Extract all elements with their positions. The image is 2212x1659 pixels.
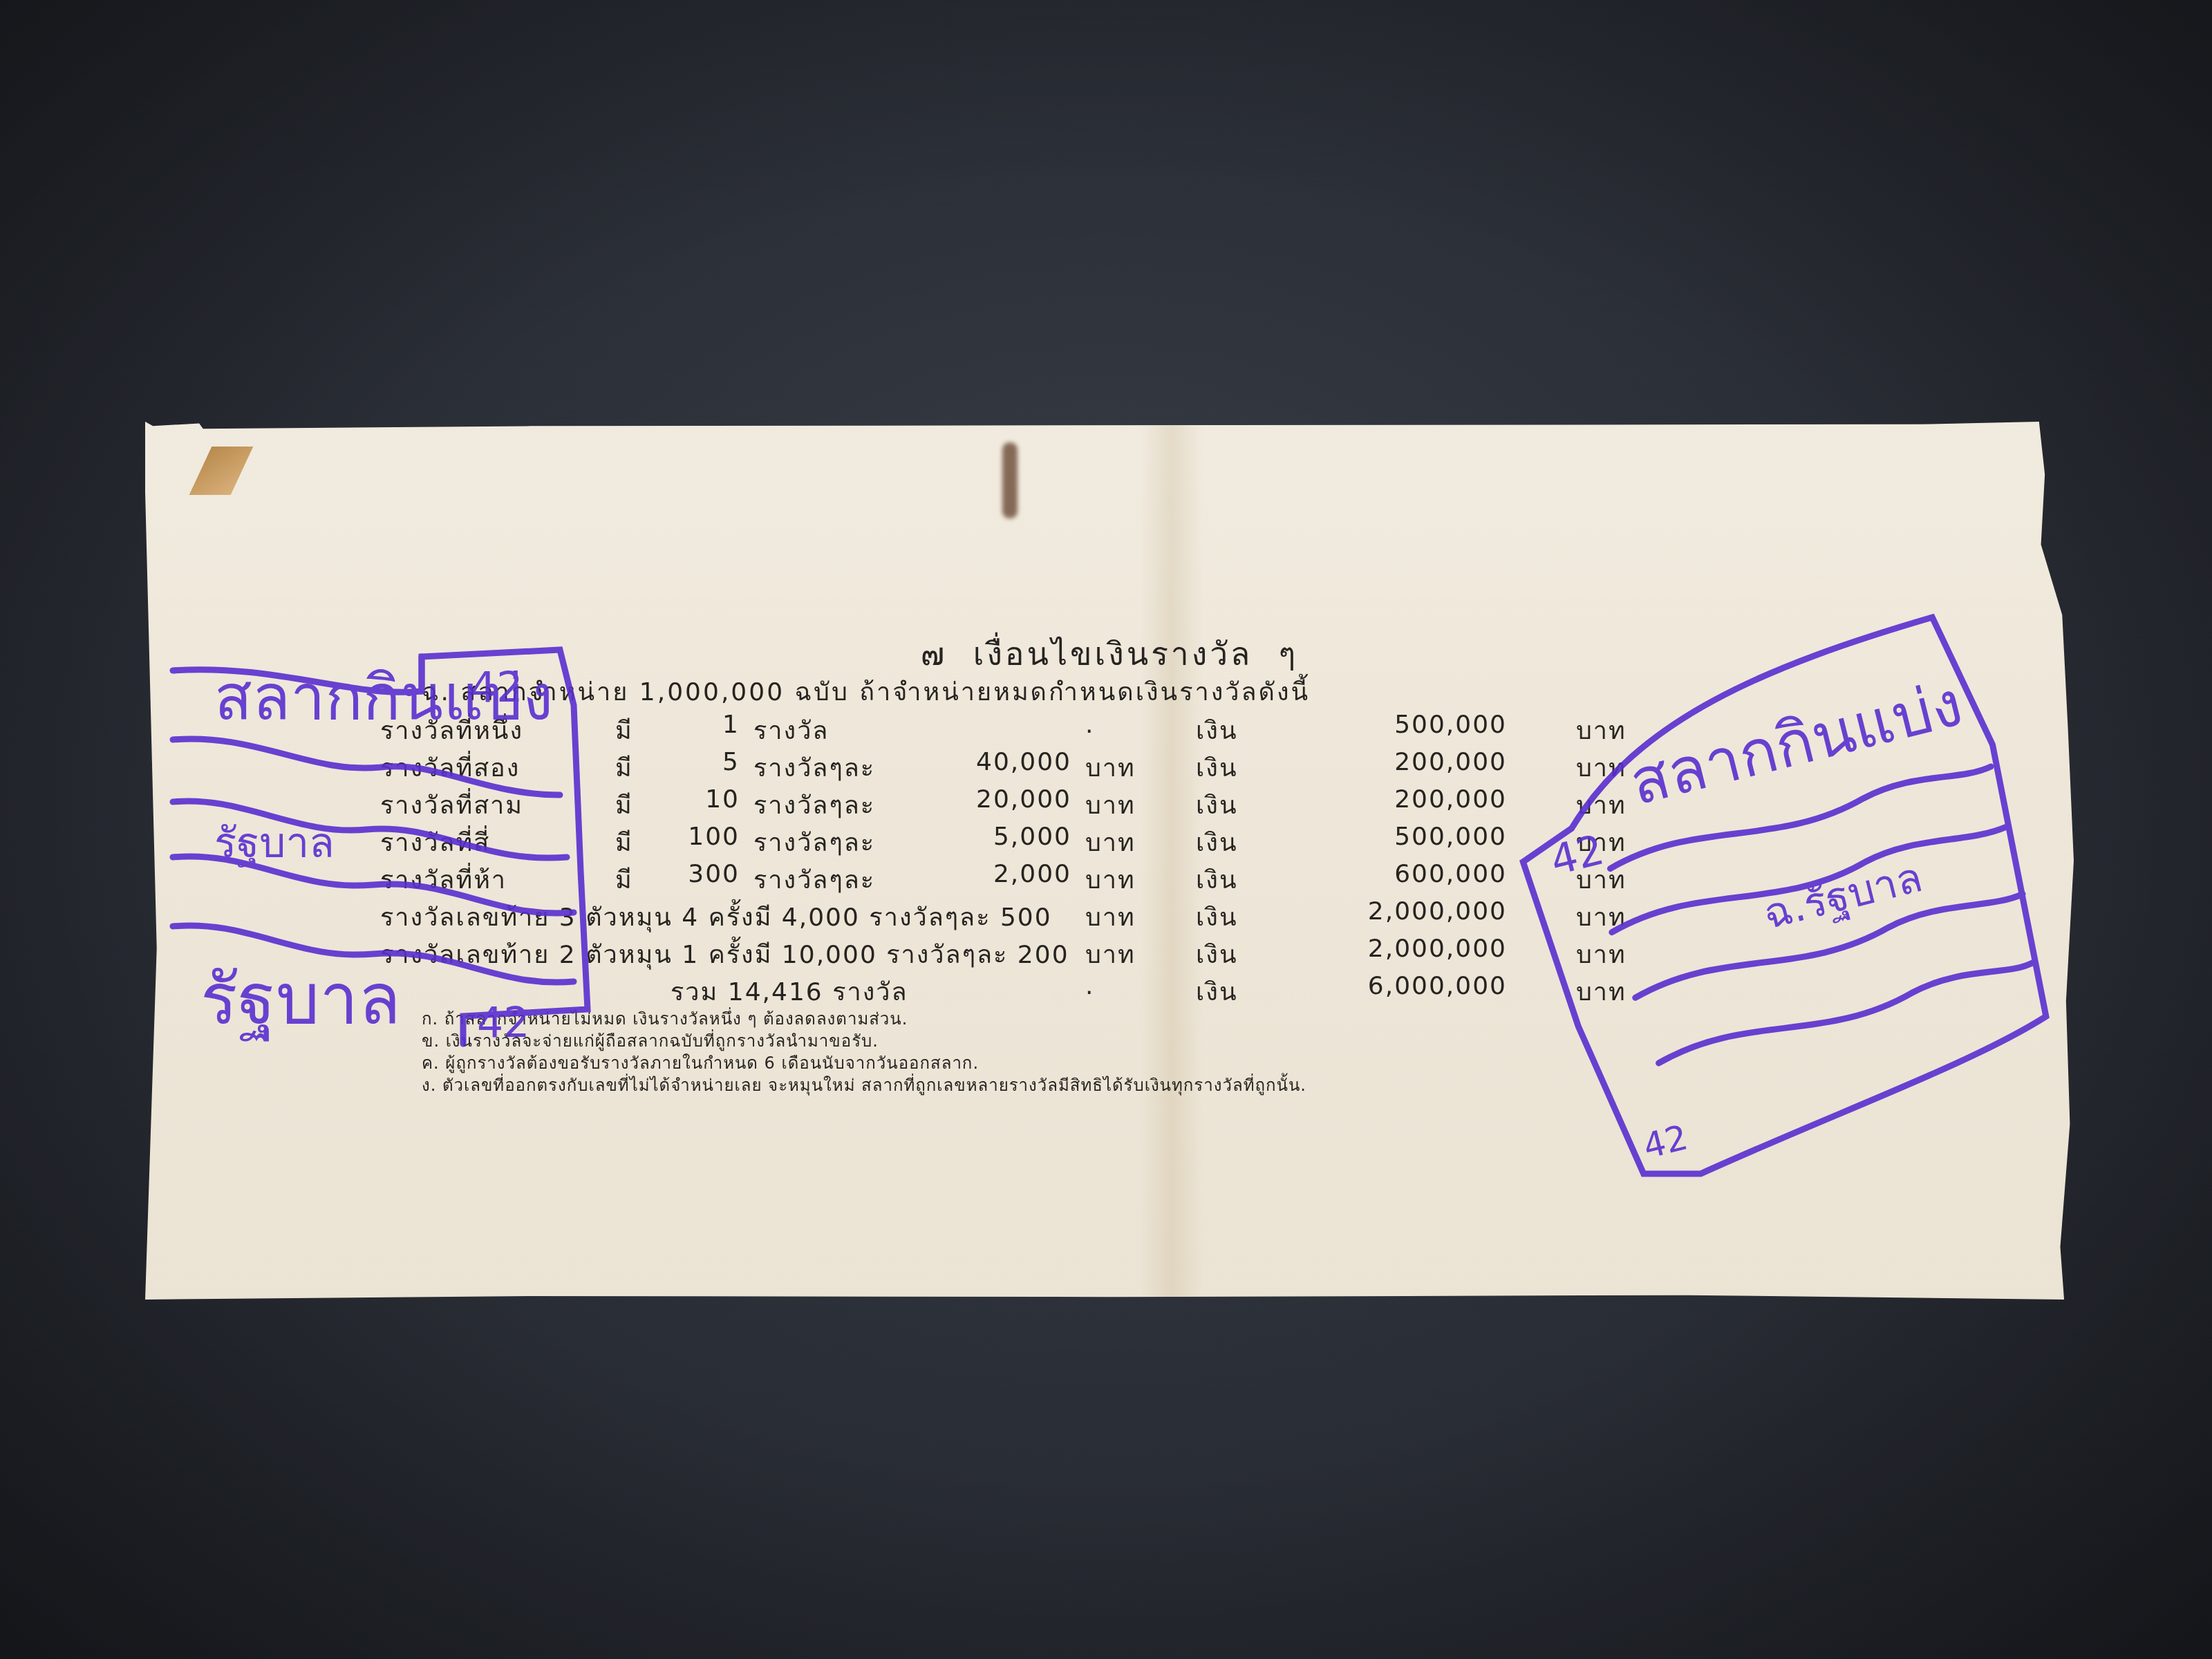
- svg-text:ฉ.รัฐบาล: ฉ.รัฐบาล: [1759, 853, 1927, 939]
- currency-label: บาท: [1085, 785, 1136, 825]
- money-label: เงิน: [1196, 711, 1238, 750]
- left-postmark-stamp: สลากกินแบ่ง 42 รัฐบาล รัฐบาล 42: [173, 636, 601, 1067]
- money-label: เงิน: [1196, 897, 1238, 937]
- prize-each-amount: 40,000: [906, 748, 1071, 776]
- currency-label: .: [1085, 972, 1094, 1000]
- has-label: มี: [615, 748, 633, 787]
- prize-count: 1: [677, 711, 740, 739]
- svg-text:42: 42: [477, 999, 529, 1047]
- unit-label: รางวัลๆละ: [753, 785, 875, 825]
- currency-label: บาท: [1085, 823, 1136, 862]
- has-label: มี: [615, 711, 633, 750]
- money-label: เงิน: [1196, 972, 1238, 1011]
- currency-label: บาท: [1085, 748, 1136, 787]
- svg-text:รัฐบาล: รัฐบาล: [200, 959, 401, 1042]
- money-label: เงิน: [1196, 860, 1238, 899]
- unit-label: รางวัลๆละ: [753, 748, 875, 787]
- ornament-right: ๆ: [1278, 635, 1298, 673]
- has-label: มี: [615, 860, 633, 899]
- has-label: มี: [615, 823, 633, 862]
- prize-total: 600,000: [1300, 860, 1507, 888]
- prize-count: 5: [677, 748, 740, 776]
- ornament-left: ๗: [921, 635, 948, 673]
- footnote: ง. ตัวเลขที่ออกตรงกับเลขที่ไม่ได้จำหน่าย…: [422, 1074, 1306, 1096]
- svg-text:42: 42: [1639, 1117, 1691, 1167]
- unit-label: รางวัลๆละ: [753, 860, 875, 899]
- money-label: เงิน: [1196, 785, 1238, 825]
- unit-label: รางวัลๆละ: [753, 823, 875, 862]
- money-label: เงิน: [1196, 748, 1238, 787]
- prize-total: 500,000: [1300, 823, 1507, 851]
- prize-count: 300: [677, 860, 740, 888]
- prize-each-amount: 5,000: [906, 823, 1071, 851]
- prize-label: รวม 14,416 รางวัล: [671, 972, 1279, 1011]
- prize-each-amount: 20,000: [906, 785, 1071, 814]
- currency-label: บาท: [1085, 860, 1136, 899]
- svg-text:รัฐบาล: รัฐบาล: [214, 819, 335, 868]
- svg-text:สลากกินแบ่ง: สลากกินแบ่ง: [1623, 667, 1969, 819]
- money-label: เงิน: [1196, 823, 1238, 862]
- prize-total: 200,000: [1300, 785, 1507, 814]
- currency-label: บาท: [1085, 935, 1136, 974]
- prize-each-amount: 2,000: [906, 860, 1071, 888]
- prize-total: 2,000,000: [1300, 897, 1507, 926]
- svg-text:42: 42: [1546, 825, 1609, 885]
- prize-total: 2,000,000: [1300, 935, 1507, 963]
- prize-total: 6,000,000: [1300, 972, 1507, 1000]
- prize-count: 100: [677, 823, 740, 851]
- currency-label: .: [1085, 711, 1094, 739]
- currency-label: บาท: [1085, 897, 1136, 937]
- title-text: เงื่อนไขเงินรางวัล: [973, 635, 1253, 673]
- has-label: มี: [615, 785, 633, 825]
- unit-label: รางวัล: [753, 711, 829, 750]
- svg-text:42: 42: [470, 664, 523, 712]
- lottery-ticket-back: ๗ เงื่อนไขเงินรางวัล ๆ ฉ. สลากจำหน่าย 1,…: [145, 422, 2074, 1300]
- money-label: เงิน: [1196, 935, 1238, 974]
- prize-count: 10: [677, 785, 740, 814]
